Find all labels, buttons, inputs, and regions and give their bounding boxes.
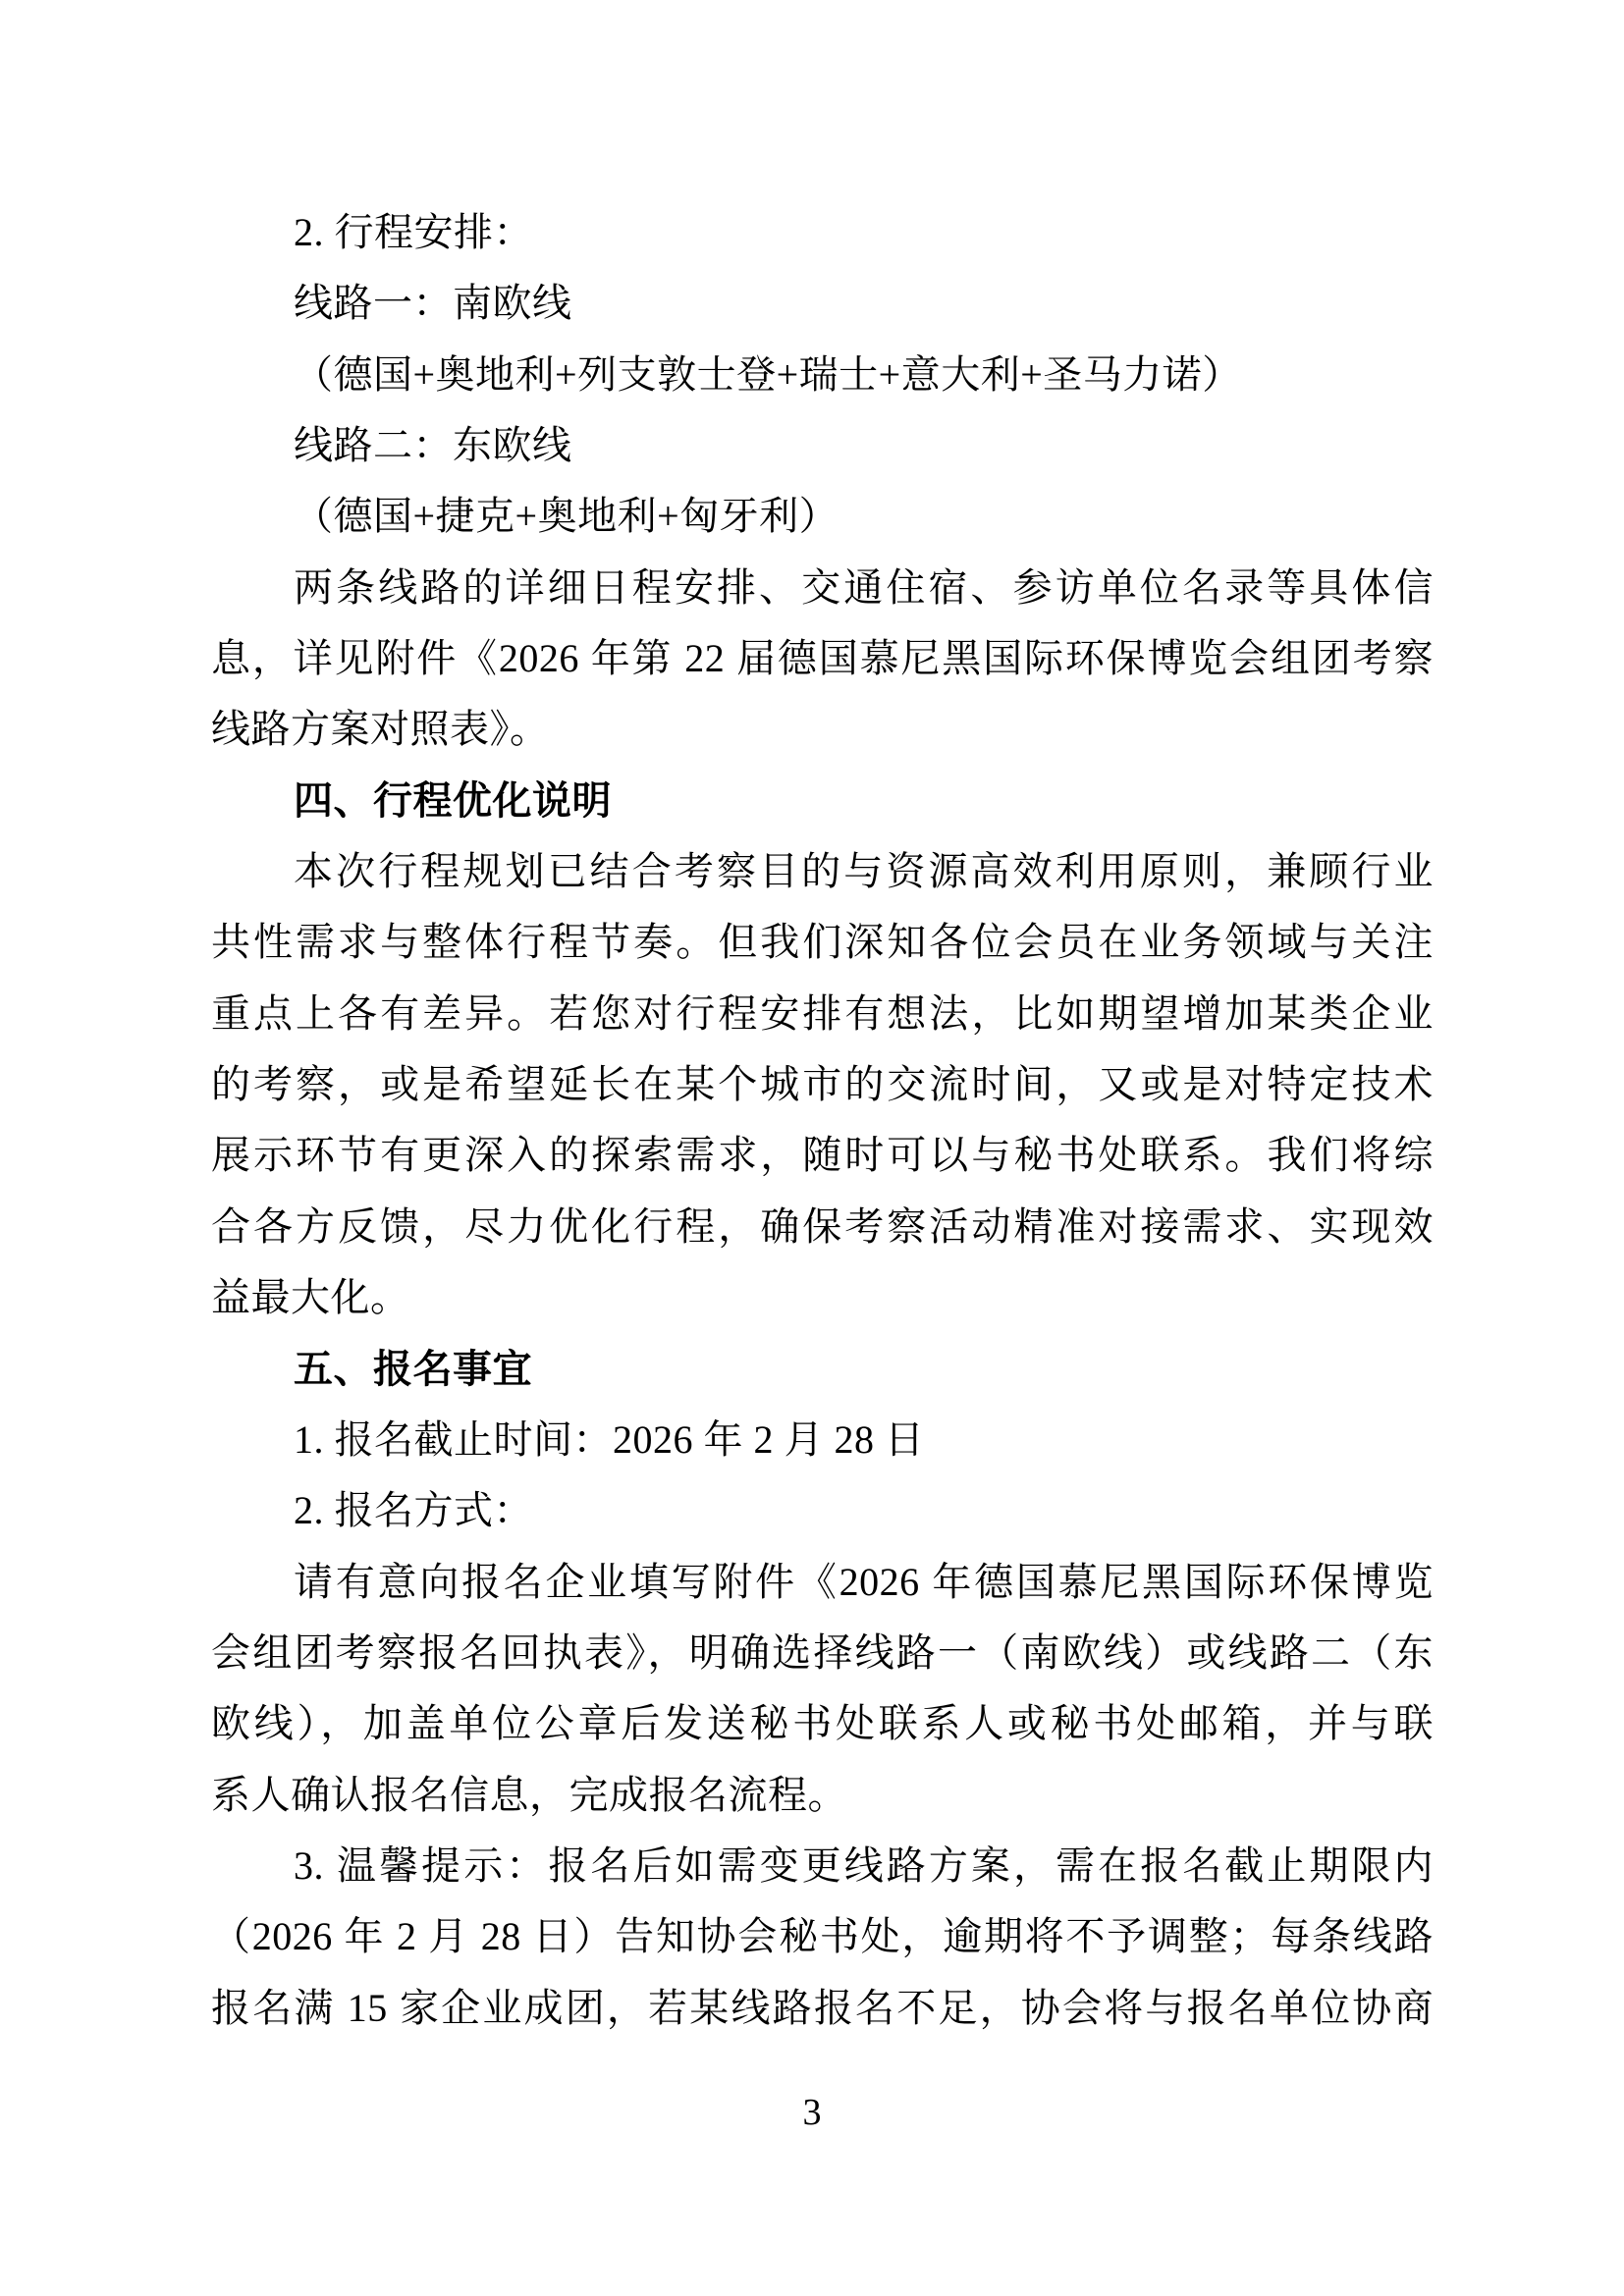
- text-line: 本次行程规划已结合考察目的与资源高效利用原则，兼顾行业: [211, 836, 1434, 907]
- text-line: 2. 报名方式：: [211, 1475, 1434, 1546]
- text-line: 展示环节有更深入的探索需求，随时可以与秘书处联系。我们将综: [211, 1120, 1434, 1191]
- text-line: 四、行程优化说明: [211, 766, 1434, 836]
- text-line: 会组团考察报名回执表》，明确选择线路一（南欧线）或线路二（东: [211, 1618, 1434, 1688]
- text-line: （德国+捷克+奥地利+匈牙利）: [211, 481, 1434, 552]
- text-line: 欧线），加盖单位公章后发送秘书处联系人或秘书处邮箱，并与联: [211, 1688, 1434, 1759]
- page-number: 3: [0, 2083, 1624, 2142]
- text-line: 线路方案对照表》。: [211, 694, 1434, 765]
- text-line: 两条线路的详细日程安排、交通住宿、参访单位名录等具体信: [211, 553, 1434, 623]
- text-line: （德国+奥地利+列支敦士登+瑞士+意大利+圣马力诺）: [211, 340, 1434, 410]
- text-line: 息，详见附件《2026 年第 22 届德国慕尼黑国际环保博览会组团考察: [211, 623, 1434, 694]
- text-line: （2026 年 2 月 28 日）告知协会秘书处，逾期将不予调整；每条线路: [211, 1901, 1434, 1972]
- text-line: 线路二：东欧线: [211, 410, 1434, 481]
- text-line: 共性需求与整体行程节奏。但我们深知各位会员在业务领域与关注: [211, 907, 1434, 978]
- text-line: 1. 报名截止时间：2026 年 2 月 28 日: [211, 1405, 1434, 1475]
- text-line: 2. 行程安排：: [211, 197, 1434, 268]
- text-line: 重点上各有差异。若您对行程安排有想法，比如期望增加某类企业: [211, 979, 1434, 1049]
- document-page: 2. 行程安排：线路一：南欧线（德国+奥地利+列支敦士登+瑞士+意大利+圣马力诺…: [0, 0, 1624, 2296]
- text-line: 线路一：南欧线: [211, 268, 1434, 339]
- text-line: 五、报名事宜: [211, 1334, 1434, 1405]
- text-line: 3. 温馨提示：报名后如需变更线路方案，需在报名截止期限内: [211, 1831, 1434, 1901]
- text-line: 合各方反馈，尽力优化行程，确保考察活动精准对接需求、实现效: [211, 1192, 1434, 1262]
- text-line: 请有意向报名企业填写附件《2026 年德国慕尼黑国际环保博览: [211, 1547, 1434, 1618]
- text-line: 的考察，或是希望延长在某个城市的交流时间，又或是对特定技术: [211, 1049, 1434, 1120]
- text-line: 报名满 15 家企业成团，若某线路报名不足，协会将与报名单位协商: [211, 1973, 1434, 2044]
- document-body: 2. 行程安排：线路一：南欧线（德国+奥地利+列支敦士登+瑞士+意大利+圣马力诺…: [211, 197, 1434, 2044]
- text-line: 益最大化。: [211, 1262, 1434, 1333]
- text-line: 系人确认报名信息，完成报名流程。: [211, 1760, 1434, 1831]
